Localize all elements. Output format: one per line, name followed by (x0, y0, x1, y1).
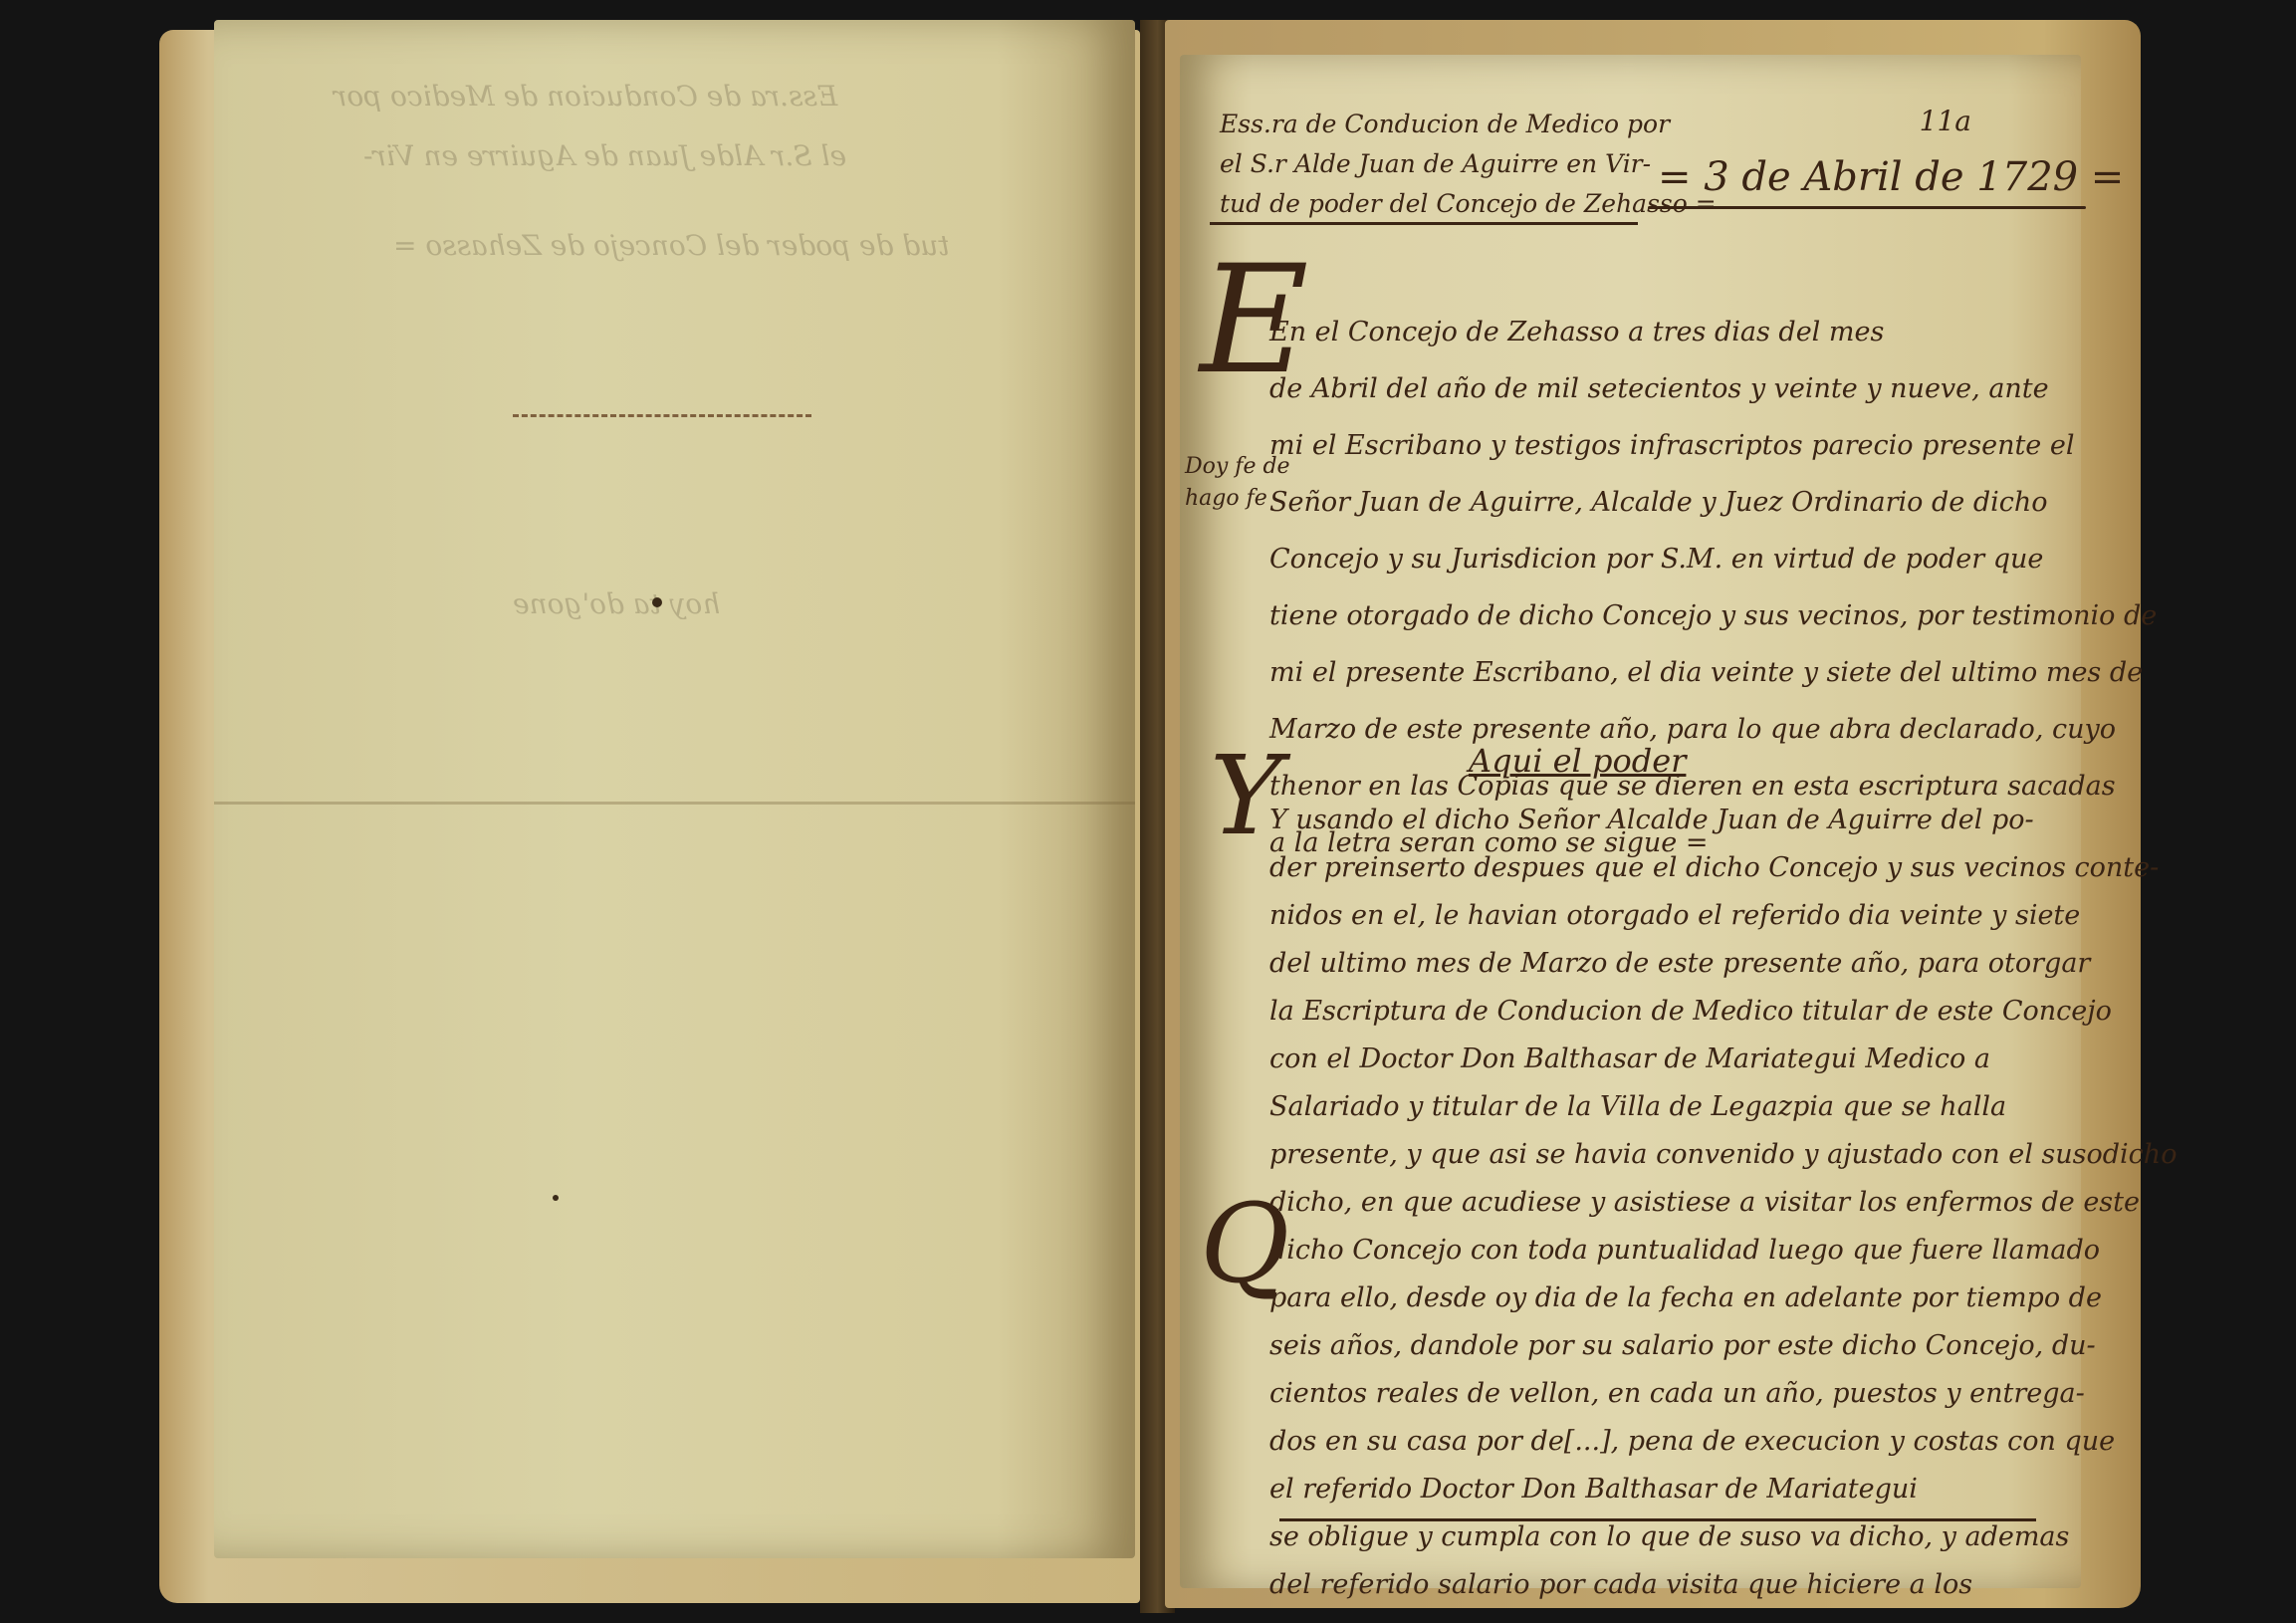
text-line: mi el Escribano y testigos infrascriptos… (1269, 417, 2157, 474)
text-line: nidos en el, le havian otorgado el refer… (1269, 892, 2177, 940)
heading-line: el S.r Alde Juan de Aguirre en Vir- (1220, 144, 1717, 184)
text-line: de Abril del año de mil setecientos y ve… (1269, 360, 2157, 417)
dashed-ink-mark (513, 414, 811, 417)
text-line: dicho, en que acudiese y asistiese a vis… (1269, 1179, 2177, 1227)
heading-line: Ess.ra de Conducion de Medico por (1220, 105, 1717, 144)
paragraph-2: Y usando el dicho Señor Alcalde Juan de … (1269, 797, 2177, 1609)
text-line: Concejo y su Jurisdicion por S.M. en vir… (1269, 531, 2157, 587)
text-line: del referido salario por cada visita que… (1269, 1561, 2177, 1609)
page-end-rule (1279, 1518, 2036, 1521)
open-manuscript-book: Ess.ra de Conducion de Medico por el S.r… (159, 20, 2141, 1613)
text-line: tiene otorgado de dicho Concejo y sus ve… (1269, 587, 2157, 644)
text-line: el referido Doctor Don Balthasar de Mari… (1269, 1466, 2177, 1513)
bleed-through-line: tud de poder del Concejo de Zehasso = (393, 229, 950, 262)
text-line: dos en su casa por de[...], pena de exec… (1269, 1418, 2177, 1466)
page-fold-crease (214, 802, 1135, 805)
bleed-through-line: hoy ta do'gone (513, 587, 720, 620)
text-line: con el Doctor Don Balthasar de Mariategu… (1269, 1036, 2177, 1083)
text-line: dicho Concejo con toda puntualidad luego… (1269, 1227, 2177, 1275)
decorative-paraph-mark: Q (1200, 1180, 1289, 1307)
ink-blot (553, 1195, 559, 1201)
bleed-through-line: Ess.ra de Conducion de Medico por (334, 80, 837, 113)
text-line: mi el presente Escribano, el dia veinte … (1269, 644, 2157, 701)
text-line: seis años, dandole por su salario por es… (1269, 1322, 2177, 1370)
text-line: del ultimo mes de Marzo de este presente… (1269, 940, 2177, 988)
bleed-through-line: el S.r Alde Juan de Aguirre en Vir- (363, 139, 846, 172)
ink-blot (652, 597, 662, 607)
text-line: Salariado y titular de la Villa de Legaz… (1269, 1083, 2177, 1131)
text-line: Señor Juan de Aguirre, Alcalde y Juez Or… (1269, 474, 2157, 531)
text-line: En el Concejo de Zehasso a tres dias del… (1269, 304, 2157, 360)
folio-number: 11a (1920, 105, 1971, 137)
text-line: Y usando el dicho Señor Alcalde Juan de … (1269, 797, 2177, 844)
text-line: presente, y que asi se havia convenido y… (1269, 1131, 2177, 1179)
section-subheading: Aqui el poder (1469, 742, 1686, 780)
text-line: der preinserto despues que el dicho Conc… (1269, 844, 2177, 892)
left-page: Ess.ra de Conducion de Medico por el S.r… (214, 20, 1135, 1558)
text-line: Marzo de este presente año, para lo que … (1269, 701, 2157, 758)
text-line: cientos reales de vellon, en cada un año… (1269, 1370, 2177, 1418)
right-page: Ess.ra de Conducion de Medico por el S.r… (1180, 55, 2081, 1588)
text-line: la Escriptura de Conducion de Medico tit… (1269, 988, 2177, 1036)
date-underline (1648, 206, 2086, 209)
heading-underline (1210, 222, 1638, 225)
heading-line: tud de poder del Concejo de Zehasso = (1220, 184, 1717, 224)
text-line: para ello, desde oy dia de la fecha en a… (1269, 1275, 2177, 1322)
document-heading: Ess.ra de Conducion de Medico por el S.r… (1220, 105, 1717, 224)
document-date: = 3 de Abril de 1729 = (1658, 154, 2124, 200)
paragraph-1: En el Concejo de Zehasso a tres dias del… (1269, 304, 2157, 871)
